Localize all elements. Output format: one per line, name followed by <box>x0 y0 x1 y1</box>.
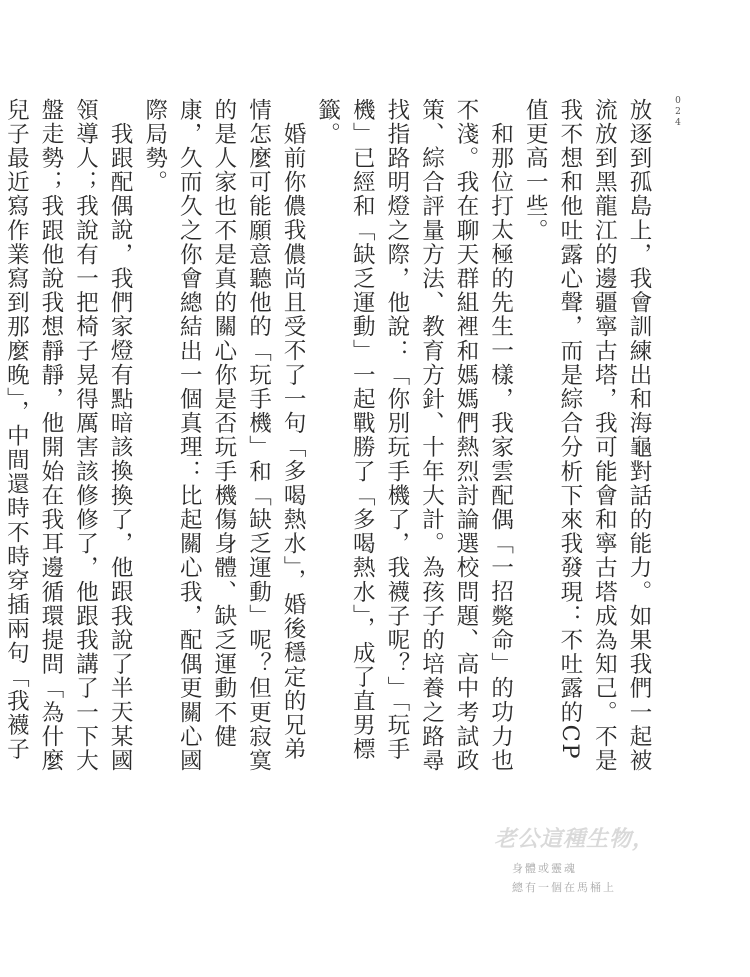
footer-book-title: 老公這種生物， <box>494 822 674 853</box>
book-page: 024 放逐到孤島上，我會訓練出和海龜對話的能力。如果我們一起被流放到黑龍江的邊… <box>0 0 750 977</box>
paragraph: 放逐到孤島上，我會訓練出和海龜對話的能力。如果我們一起被流放到黑龍江的邊疆寧古塔… <box>518 98 656 778</box>
running-footer: 老公這種生物， 身體或靈魂 總有一個在馬桶上 <box>494 822 674 897</box>
footer-subtitle-line-1: 身體或靈魂 <box>512 859 674 878</box>
footer-subtitle-line-2: 總有一個在馬桶上 <box>512 878 674 897</box>
page-number: 024 <box>673 96 683 129</box>
paragraph: 和那位打太極的先生一樣，我家雲配偶「一招斃命」的功力也不淺。我在聊天群組裡和媽媽… <box>310 98 518 778</box>
paragraph: 我跟配偶說，我們家燈有點暗該換換了，他跟我說了半天某國領導人；我說有一把椅子晃得… <box>0 98 137 778</box>
vertical-body-text: 放逐到孤島上，我會訓練出和海龜對話的能力。如果我們一起被流放到黑龍江的邊疆寧古塔… <box>0 98 656 778</box>
paragraph: 婚前你儂我儂尚且受不了一句「多喝熱水」，婚後穩定的兄弟情怎麼可能願意聽他的「玩手… <box>137 98 310 778</box>
